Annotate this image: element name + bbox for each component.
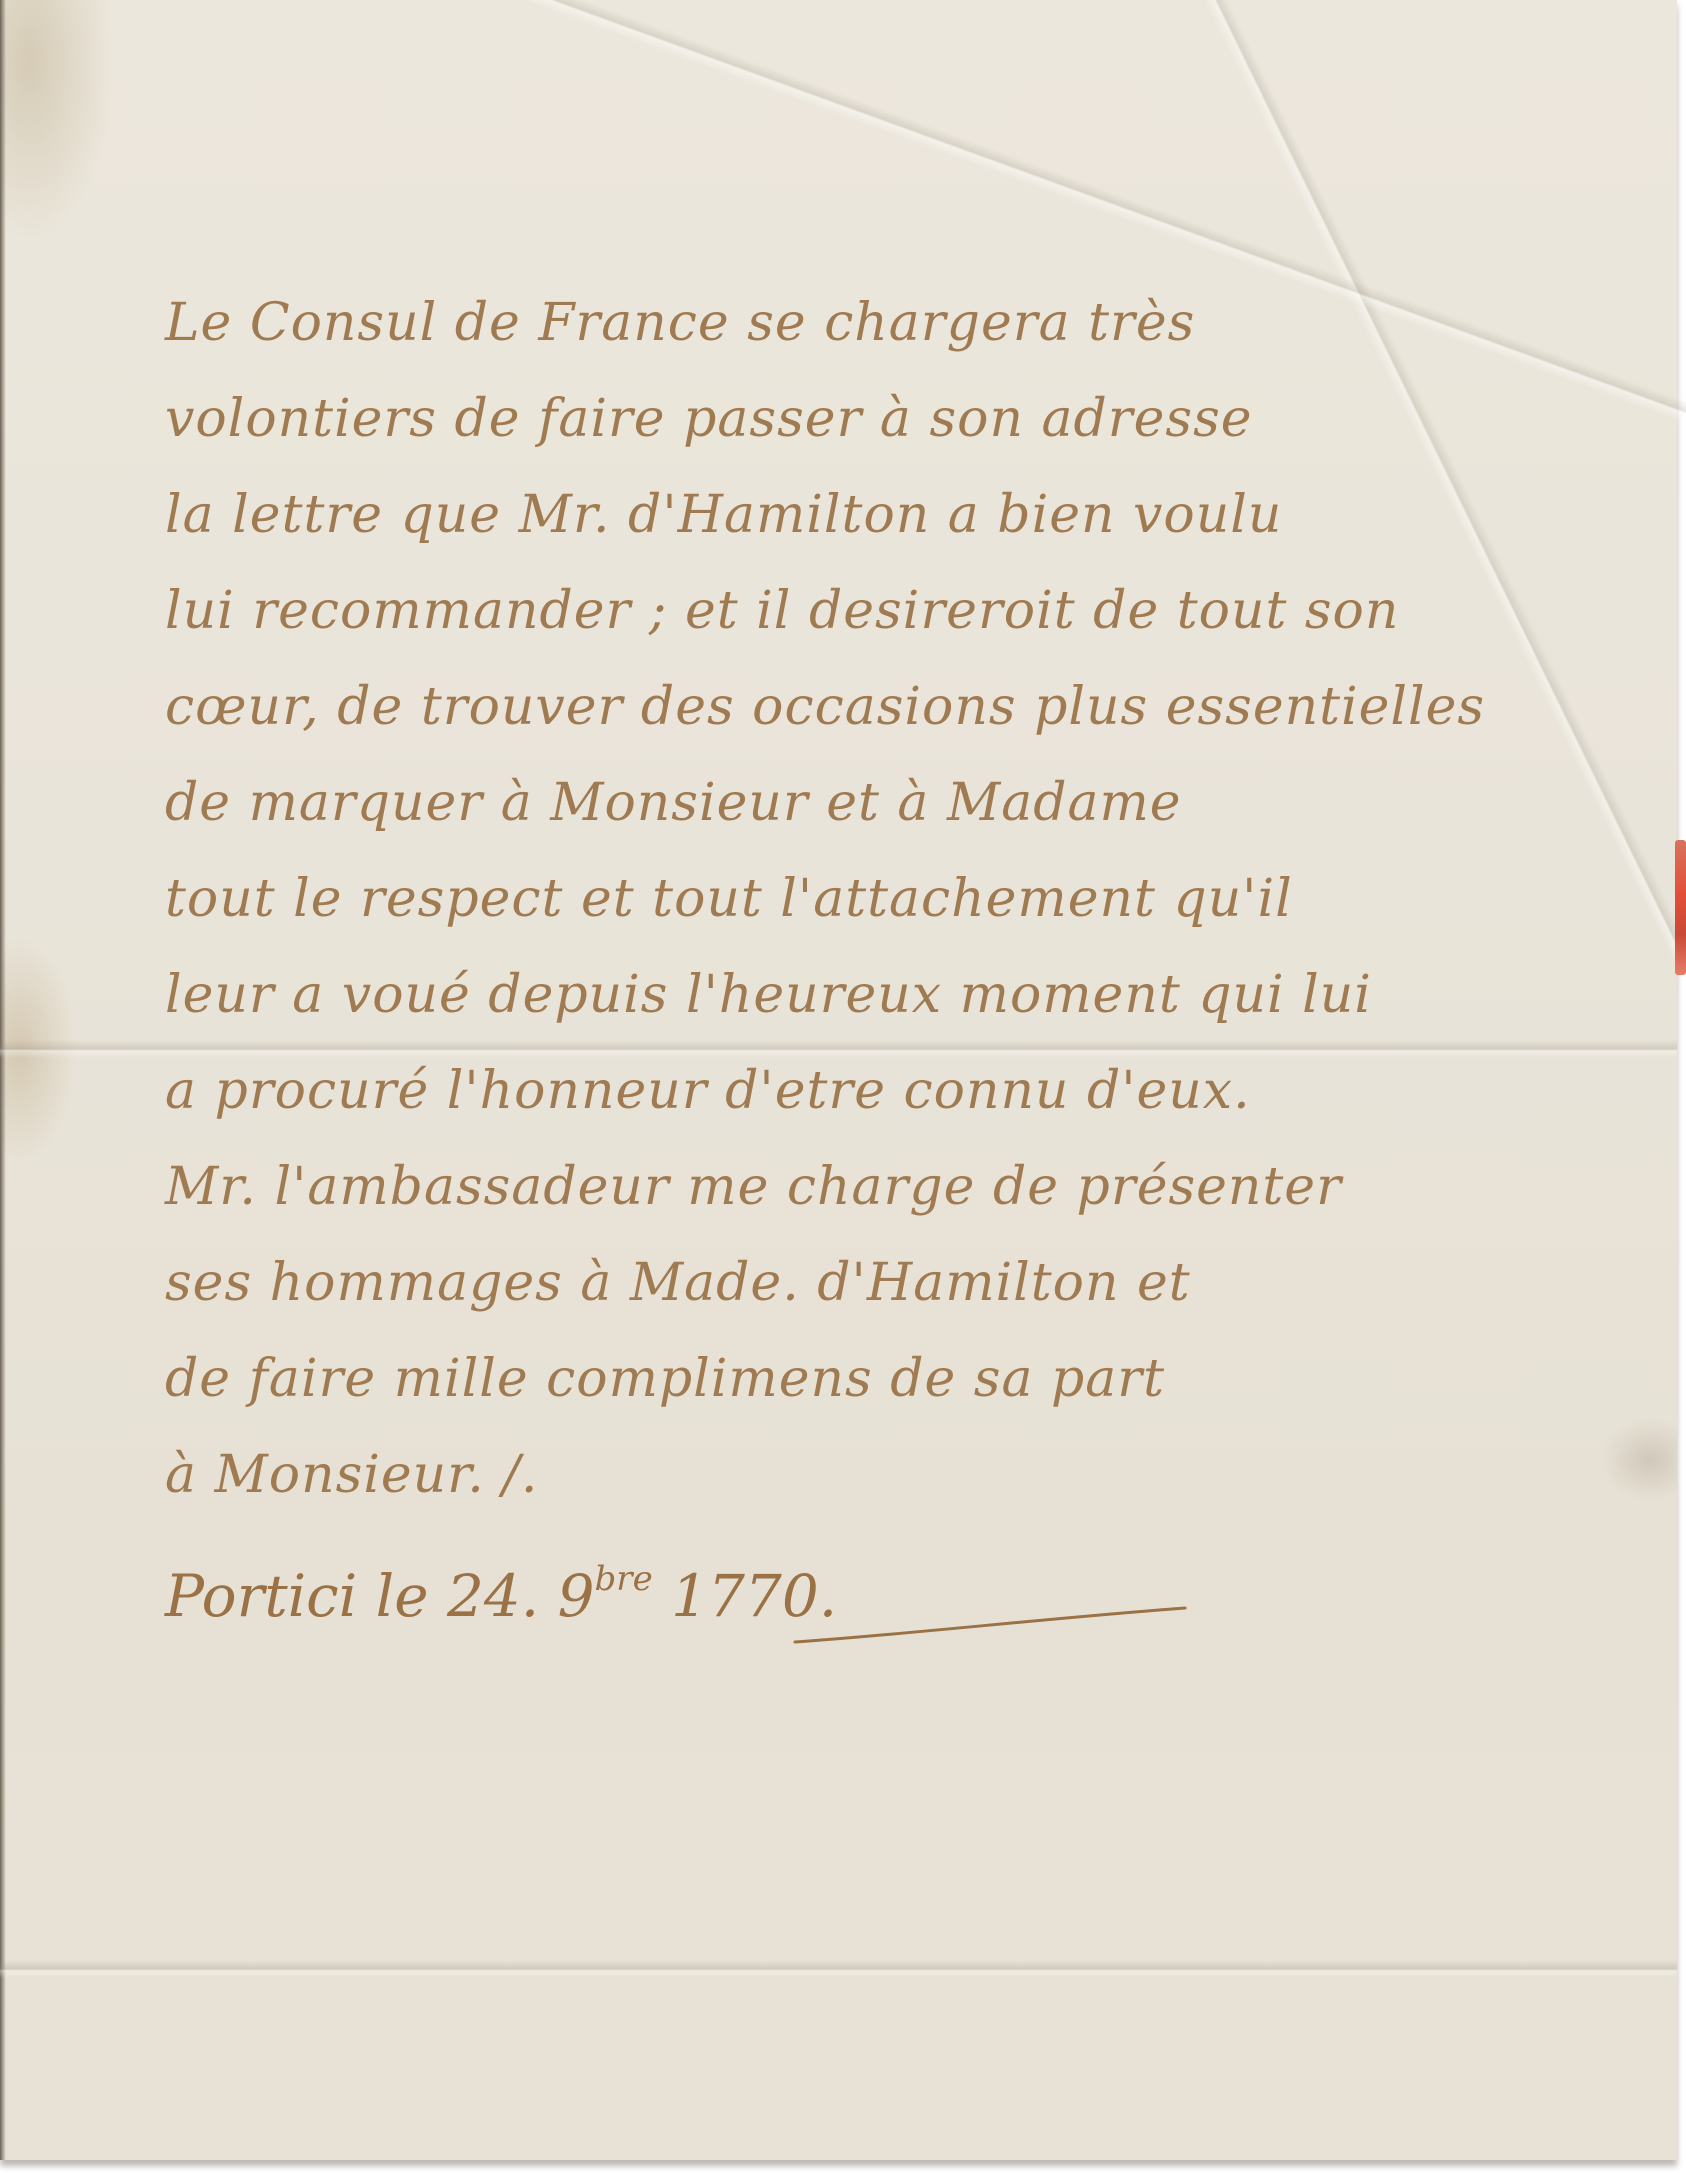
letter-body: Le Consul de France se chargera très vol… — [165, 275, 1585, 1627]
letter-line-5: cœur, de trouver des occasions plus esse… — [165, 659, 1585, 755]
dateline-month-superscript: bre — [595, 1559, 653, 1599]
letter-line-3: la lettre que Mr. d'Hamilton a bien voul… — [165, 467, 1585, 563]
letter-line-6: de marquer à Monsieur et à Madame — [165, 755, 1585, 851]
letter-line-8: leur a voué depuis l'heureux moment qui … — [165, 947, 1585, 1043]
letter-line-7: tout le respect et tout l'attachement qu… — [165, 851, 1585, 947]
letter-line-9: a procuré l'honneur d'etre connu d'eux. — [165, 1043, 1585, 1139]
red-wax-seal-fragment — [1675, 840, 1686, 975]
paper-left-edge-shadow — [0, 0, 6, 2160]
signature-flourish-line — [790, 1604, 1190, 1648]
letter-line-12: de faire mille complimens de sa part — [165, 1331, 1585, 1427]
letter-line-2: volontiers de faire passer à son adresse — [165, 371, 1585, 467]
letter-line-1: Le Consul de France se chargera très — [165, 275, 1585, 371]
letter-line-10: Mr. l'ambassadeur me charge de présenter — [165, 1139, 1585, 1235]
letter-line-13: à Monsieur. /. — [165, 1427, 1585, 1523]
letter-line-4: lui recommander ; et il desireroit de to… — [165, 563, 1585, 659]
horizontal-fold-crease-lower — [0, 1960, 1677, 1978]
letter-line-11: ses hommages à Made. d'Hamilton et — [165, 1235, 1585, 1331]
dateline-place-day: Portici le 24. 9 — [165, 1562, 595, 1630]
letter-paper: Le Consul de France se chargera très vol… — [0, 0, 1677, 2160]
